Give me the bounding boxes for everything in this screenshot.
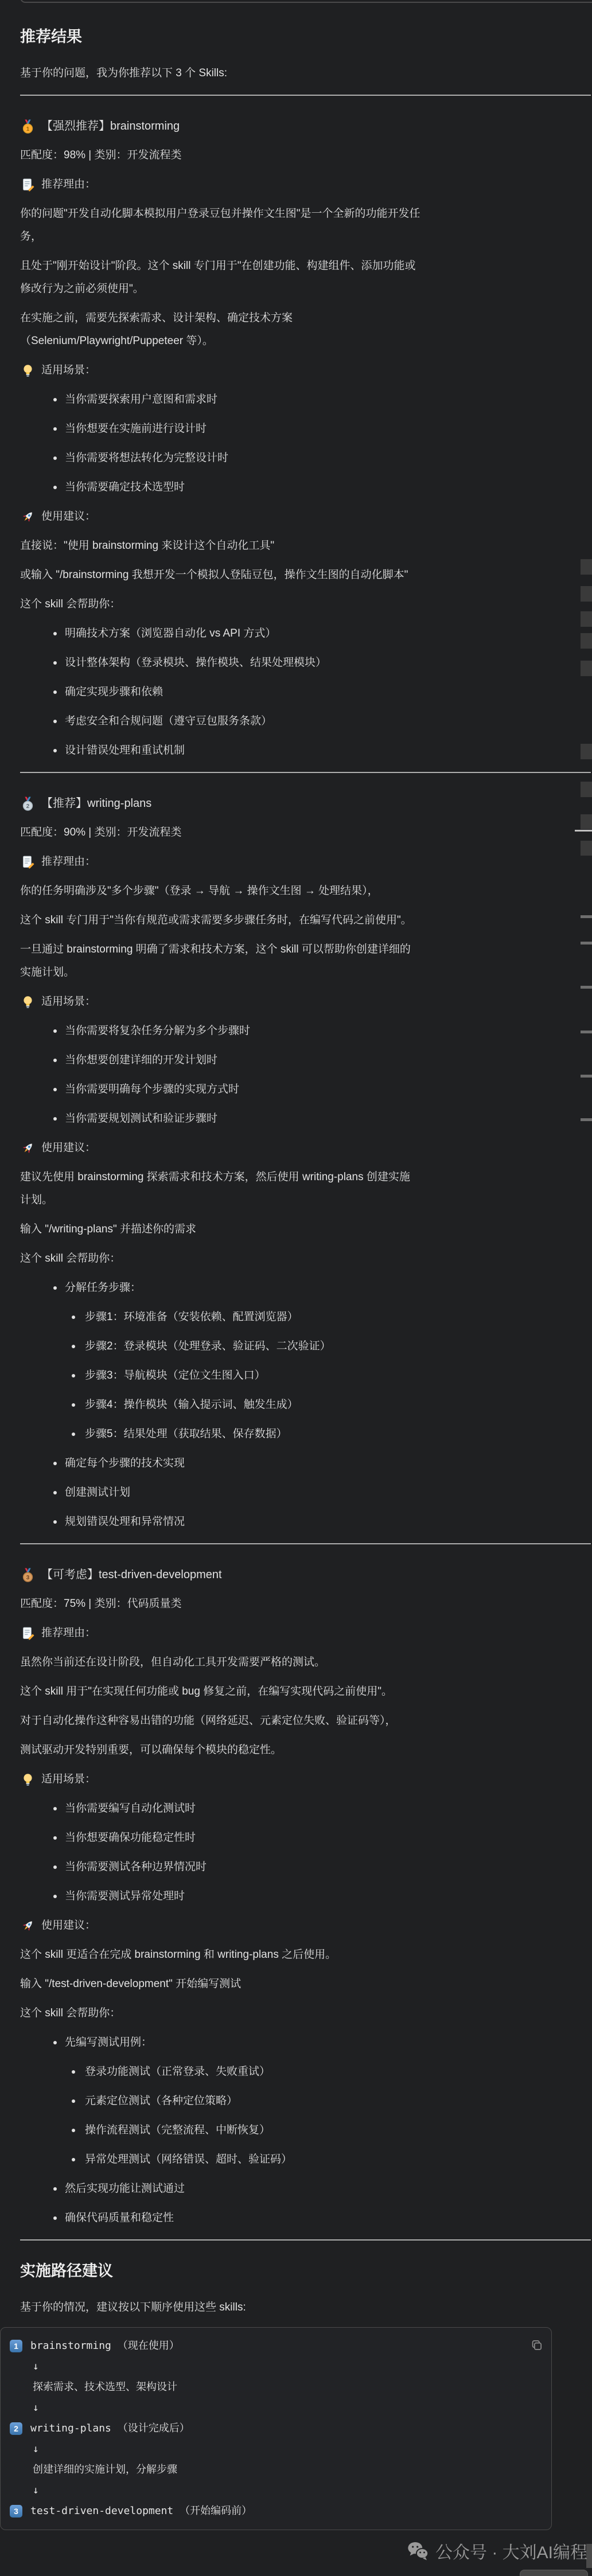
- sub-bullet-item: 步骤2：登录模块（处理登录、验证码、二次验证）: [20, 1335, 592, 1358]
- section-skill-brainstorming: 1【强烈推荐】brainstorming匹配度：98% | 类别：开发流程类推荐…: [20, 95, 592, 762]
- memo-icon: [20, 177, 36, 193]
- paragraph: 这个 skill 会帮助你：: [20, 1247, 592, 1270]
- paragraph: 这个 skill 更适合在完成 brainstorming 和 writing-…: [20, 1943, 592, 1966]
- paragraph: 在实施之前，需要先探索需求、设计架构、确定技术方案 （Selenium/Play…: [20, 307, 592, 353]
- paragraph: 你的问题"开发自动化脚本模拟用户登录豆包并操作文生图"是一个全新的功能开发任 务…: [20, 202, 592, 248]
- bullet-item: 当你需要测试异常处理时: [20, 1885, 592, 1908]
- rocket-icon: [20, 1141, 36, 1156]
- screenshot-artifact: [581, 1031, 592, 1033]
- screenshot-artifact: [581, 661, 592, 676]
- divider: [20, 1543, 591, 1544]
- svg-text:1: 1: [26, 126, 30, 132]
- paragraph: 输入 "/test-driven-development" 开始编写测试: [20, 1973, 592, 1996]
- match-line: 匹配度：90% | 类别：开发流程类: [20, 821, 592, 844]
- memo-icon: [20, 854, 36, 870]
- recommendation-report: 推荐结果基于你的问题，我为你推荐以下 3 个 Skills:1【强烈推荐】bra…: [0, 25, 592, 2319]
- watermark-label: 公众号 · 大刘AI编程: [435, 2538, 587, 2563]
- screenshot-artifact: [581, 782, 592, 797]
- sub-bullet-item: 元素定位测试（各种定位策略）: [20, 2090, 592, 2113]
- medal-silver-icon: 2: [20, 796, 36, 811]
- bullet-item: 明确技术方案（浏览器自动化 vs API 方式）: [20, 622, 592, 645]
- screenshot-artifact: [581, 586, 592, 602]
- bullet-item: 当你需要将想法转化为完整设计时: [20, 447, 592, 470]
- skill-title-text: 【推荐】writing-plans: [41, 792, 151, 815]
- paragraph: 基于你的问题，我为你推荐以下 3 个 Skills:: [20, 62, 592, 85]
- sub-bullet-item: 异常处理测试（网络错误、超时、验证码）: [20, 2148, 592, 2171]
- code-step-text: writing-plans （设计完成后）: [30, 2418, 190, 2439]
- bullet-item: 当你需要探索用户意图和需求时: [20, 388, 592, 411]
- bullet-item: 考虑安全和合规问题（遵守豆包服务条款）: [20, 710, 592, 733]
- sub-bullet-item: 登录功能测试（正常登录、失败重试）: [20, 2060, 592, 2083]
- reason-heading: 推荐理由：: [20, 850, 592, 873]
- bullet-item: 设计错误处理和重试机制: [20, 739, 592, 762]
- bullet-item: 当你想要创建详细的开发计划时: [20, 1049, 592, 1072]
- icon-heading-text: 使用建议：: [41, 505, 96, 528]
- code-lines: 1brainstorming （现在使用）↓探索需求、技术选型、架构设计↓2wr…: [10, 2336, 542, 2522]
- reason-heading: 推荐理由：: [20, 1622, 592, 1645]
- paragraph: 输入 "/writing-plans" 并描述你的需求: [20, 1218, 592, 1241]
- icon-heading-text: 适用场景：: [41, 1768, 96, 1791]
- implementation-path-codeblock: 1brainstorming （现在使用）↓探索需求、技术选型、架构设计↓2wr…: [0, 2327, 552, 2530]
- screenshot-artifact: [581, 611, 592, 627]
- screenshot-artifact: [581, 559, 592, 575]
- screenshot-artifact: [581, 1118, 592, 1121]
- bullet-item: 确保代码质量和稳定性: [20, 2207, 592, 2230]
- icon-heading-text: 适用场景：: [41, 359, 96, 382]
- medal-bronze-icon: 3: [20, 1567, 36, 1583]
- section-heading: 推荐结果: [20, 25, 592, 48]
- rocket-icon: [20, 509, 36, 525]
- screenshot-artifact: [581, 986, 592, 989]
- screenshot-artifact: [581, 744, 592, 759]
- bullet-item: 分解任务步骤：: [20, 1277, 592, 1299]
- bullet-item: 确定实现步骤和依赖: [20, 681, 592, 704]
- paragraph: 这个 skill 专门用于"当你有规范或需求需要多步骤任务时，在编写代码之前使用…: [20, 909, 592, 932]
- keycap-3-icon: 3: [10, 2505, 22, 2518]
- icon-heading-text: 推荐理由：: [41, 173, 96, 196]
- paragraph: 基于你的情况，建议按以下顺序使用这些 skills:: [20, 2296, 592, 2319]
- icon-heading-text: 使用建议：: [41, 1137, 96, 1160]
- copy-icon[interactable]: [528, 2338, 543, 2353]
- scenarios-heading: 适用场景：: [20, 359, 592, 382]
- medal-gold-icon: 1: [20, 119, 36, 134]
- bullet-item: 先编写测试用例：: [20, 2031, 592, 2054]
- advice-heading: 使用建议：: [20, 505, 592, 528]
- code-step-line: 1brainstorming （现在使用）: [10, 2336, 542, 2356]
- skill-title: 1【强烈推荐】brainstorming: [20, 115, 592, 138]
- paragraph: 这个 skill 用于"在实现任何功能或 bug 修复之前，在编写实现代码之前使…: [20, 1680, 592, 1703]
- flow-arrow: ↓: [10, 2439, 542, 2460]
- sub-bullet-item: 步骤3：导航模块（定位文生图入口）: [20, 1364, 592, 1387]
- keycap-2-icon: 2: [10, 2422, 22, 2435]
- sub-bullet-item: 步骤5：结果处理（获取结果、保存数据）: [20, 1423, 592, 1446]
- sub-bullet-item: 操作流程测试（完整流程、中断恢复）: [20, 2119, 592, 2142]
- partial-button[interactable]: [520, 2570, 588, 2576]
- bulb-icon: [20, 363, 36, 378]
- advice-heading: 使用建议：: [20, 1137, 592, 1160]
- paragraph: 测试驱动开发特别重要，可以确保每个模块的稳定性。: [20, 1739, 592, 1762]
- paragraph: 这个 skill 会帮助你：: [20, 2002, 592, 2025]
- paragraph: 这个 skill 会帮助你：: [20, 593, 592, 616]
- section-skill-test-driven-development: 3【可考虑】test-driven-development匹配度：75% | 类…: [20, 1543, 592, 2230]
- advice-heading: 使用建议：: [20, 1914, 592, 1937]
- bullet-item: 当你需要明确每个步骤的实现方式时: [20, 1078, 592, 1101]
- screenshot-artifact: [581, 1075, 592, 1078]
- bullet-item: 规划错误处理和异常情况: [20, 1511, 592, 1533]
- icon-heading-text: 推荐理由：: [41, 1622, 96, 1645]
- wechat-icon: [407, 2540, 430, 2562]
- code-text-line: 探索需求、技术选型、架构设计: [10, 2377, 542, 2398]
- skill-title-text: 【可考虑】test-driven-development: [41, 1563, 222, 1586]
- bullet-item: 当你需要测试各种边界情况时: [20, 1856, 592, 1879]
- bullet-item: 当你需要编写自动化测试时: [20, 1797, 592, 1820]
- skill-title-text: 【强烈推荐】brainstorming: [41, 115, 180, 138]
- bullet-item: 当你需要将复杂任务分解为多个步骤时: [20, 1020, 592, 1043]
- divider: [20, 95, 591, 96]
- skill-title: 2【推荐】writing-plans: [20, 792, 592, 815]
- bullet-item: 设计整体架构（登录模块、操作模块、结果处理模块）: [20, 651, 592, 674]
- memo-icon: [20, 1626, 36, 1641]
- paragraph: 对于自动化操作这种容易出错的功能（网络延迟、元素定位失败、验证码等），: [20, 1709, 592, 1732]
- screenshot-artifact: [581, 633, 592, 649]
- previous-panel-bottom-edge: [20, 0, 592, 3]
- bullet-item: 当你想要在实施前进行设计时: [20, 417, 592, 440]
- icon-heading-text: 推荐理由：: [41, 850, 96, 873]
- bullet-item: 创建测试计划: [20, 1481, 592, 1504]
- paragraph: 一旦通过 brainstorming 明确了需求和技术方案，这个 skill 可…: [20, 938, 592, 984]
- svg-text:3: 3: [26, 1575, 30, 1581]
- bullet-item: 确定每个步骤的技术实现: [20, 1452, 592, 1475]
- section-skill-writing-plans: 2【推荐】writing-plans匹配度：90% | 类别：开发流程类推荐理由…: [20, 772, 592, 1533]
- icon-heading-text: 适用场景：: [41, 990, 96, 1013]
- code-step-text: test-driven-development （开始编码前）: [30, 2501, 252, 2522]
- screenshot-artifact: [581, 841, 592, 856]
- rocket-icon: [20, 1918, 36, 1934]
- screenshot-artifact: [581, 915, 592, 918]
- code-step-line: 2writing-plans （设计完成后）: [10, 2418, 542, 2439]
- reason-heading: 推荐理由：: [20, 173, 592, 196]
- bullet-item: 当你需要规划测试和验证步骤时: [20, 1107, 592, 1130]
- match-line: 匹配度：98% | 类别：开发流程类: [20, 144, 592, 167]
- screenshot-artifact: [575, 830, 592, 832]
- svg-text:2: 2: [26, 803, 30, 810]
- bullet-item: 当你想要确保功能稳定性时: [20, 1826, 592, 1849]
- paragraph: 直接说："使用 brainstorming 来设计这个自动化工具": [20, 534, 592, 557]
- bullet-item: 然后实现功能让测试通过: [20, 2177, 592, 2200]
- paragraph: 建议先使用 brainstorming 探索需求和技术方案，然后使用 writi…: [20, 1166, 592, 1212]
- flow-arrow: ↓: [10, 2398, 542, 2418]
- screenshot-artifact: [581, 942, 592, 944]
- flow-arrow: ↓: [10, 2356, 542, 2377]
- paragraph: 虽然你当前还在设计阶段，但自动化工具开发需要严格的测试。: [20, 1651, 592, 1674]
- paragraph: 你的任务明确涉及"多个步骤"（登录 → 导航 → 操作文生图 → 处理结果），: [20, 880, 592, 903]
- paragraph: 且处于"刚开始设计"阶段。这个 skill 专门用于"在创建功能、构建组件、添加…: [20, 255, 592, 300]
- section-heading: 实施路径建议: [20, 2259, 592, 2282]
- watermark: 公众号 · 大刘AI编程: [407, 2538, 587, 2563]
- match-line: 匹配度：75% | 类别：代码质量类: [20, 1593, 592, 1615]
- icon-heading-text: 使用建议：: [41, 1914, 96, 1937]
- screenshot-artifact: [581, 814, 592, 829]
- code-text-line: 创建详细的实施计划，分解步骤: [10, 2460, 542, 2480]
- section-implementation-path: 实施路径建议基于你的情况，建议按以下顺序使用这些 skills:: [20, 2239, 592, 2319]
- paragraph: 或输入 "/brainstorming 我想开发一个模拟人登陆豆包，操作文生图的…: [20, 564, 592, 587]
- sub-bullet-item: 步骤1：环境准备（安装依赖、配置浏览器）: [20, 1306, 592, 1329]
- divider: [20, 772, 591, 773]
- skill-title: 3【可考虑】test-driven-development: [20, 1563, 592, 1586]
- bulb-icon: [20, 1772, 36, 1787]
- scenarios-heading: 适用场景：: [20, 1768, 592, 1791]
- bullet-item: 当你需要确定技术选型时: [20, 476, 592, 499]
- flow-arrow: ↓: [10, 2480, 542, 2501]
- sub-bullet-item: 步骤4：操作模块（输入提示词、触发生成）: [20, 1394, 592, 1416]
- divider: [20, 2239, 591, 2241]
- code-step-line: 3test-driven-development （开始编码前）: [10, 2501, 542, 2522]
- code-step-text: brainstorming （现在使用）: [30, 2336, 180, 2356]
- scenarios-heading: 适用场景：: [20, 990, 592, 1013]
- keycap-1-icon: 1: [10, 2340, 22, 2352]
- section-intro: 推荐结果基于你的问题，我为你推荐以下 3 个 Skills:: [20, 25, 592, 85]
- bulb-icon: [20, 994, 36, 1010]
